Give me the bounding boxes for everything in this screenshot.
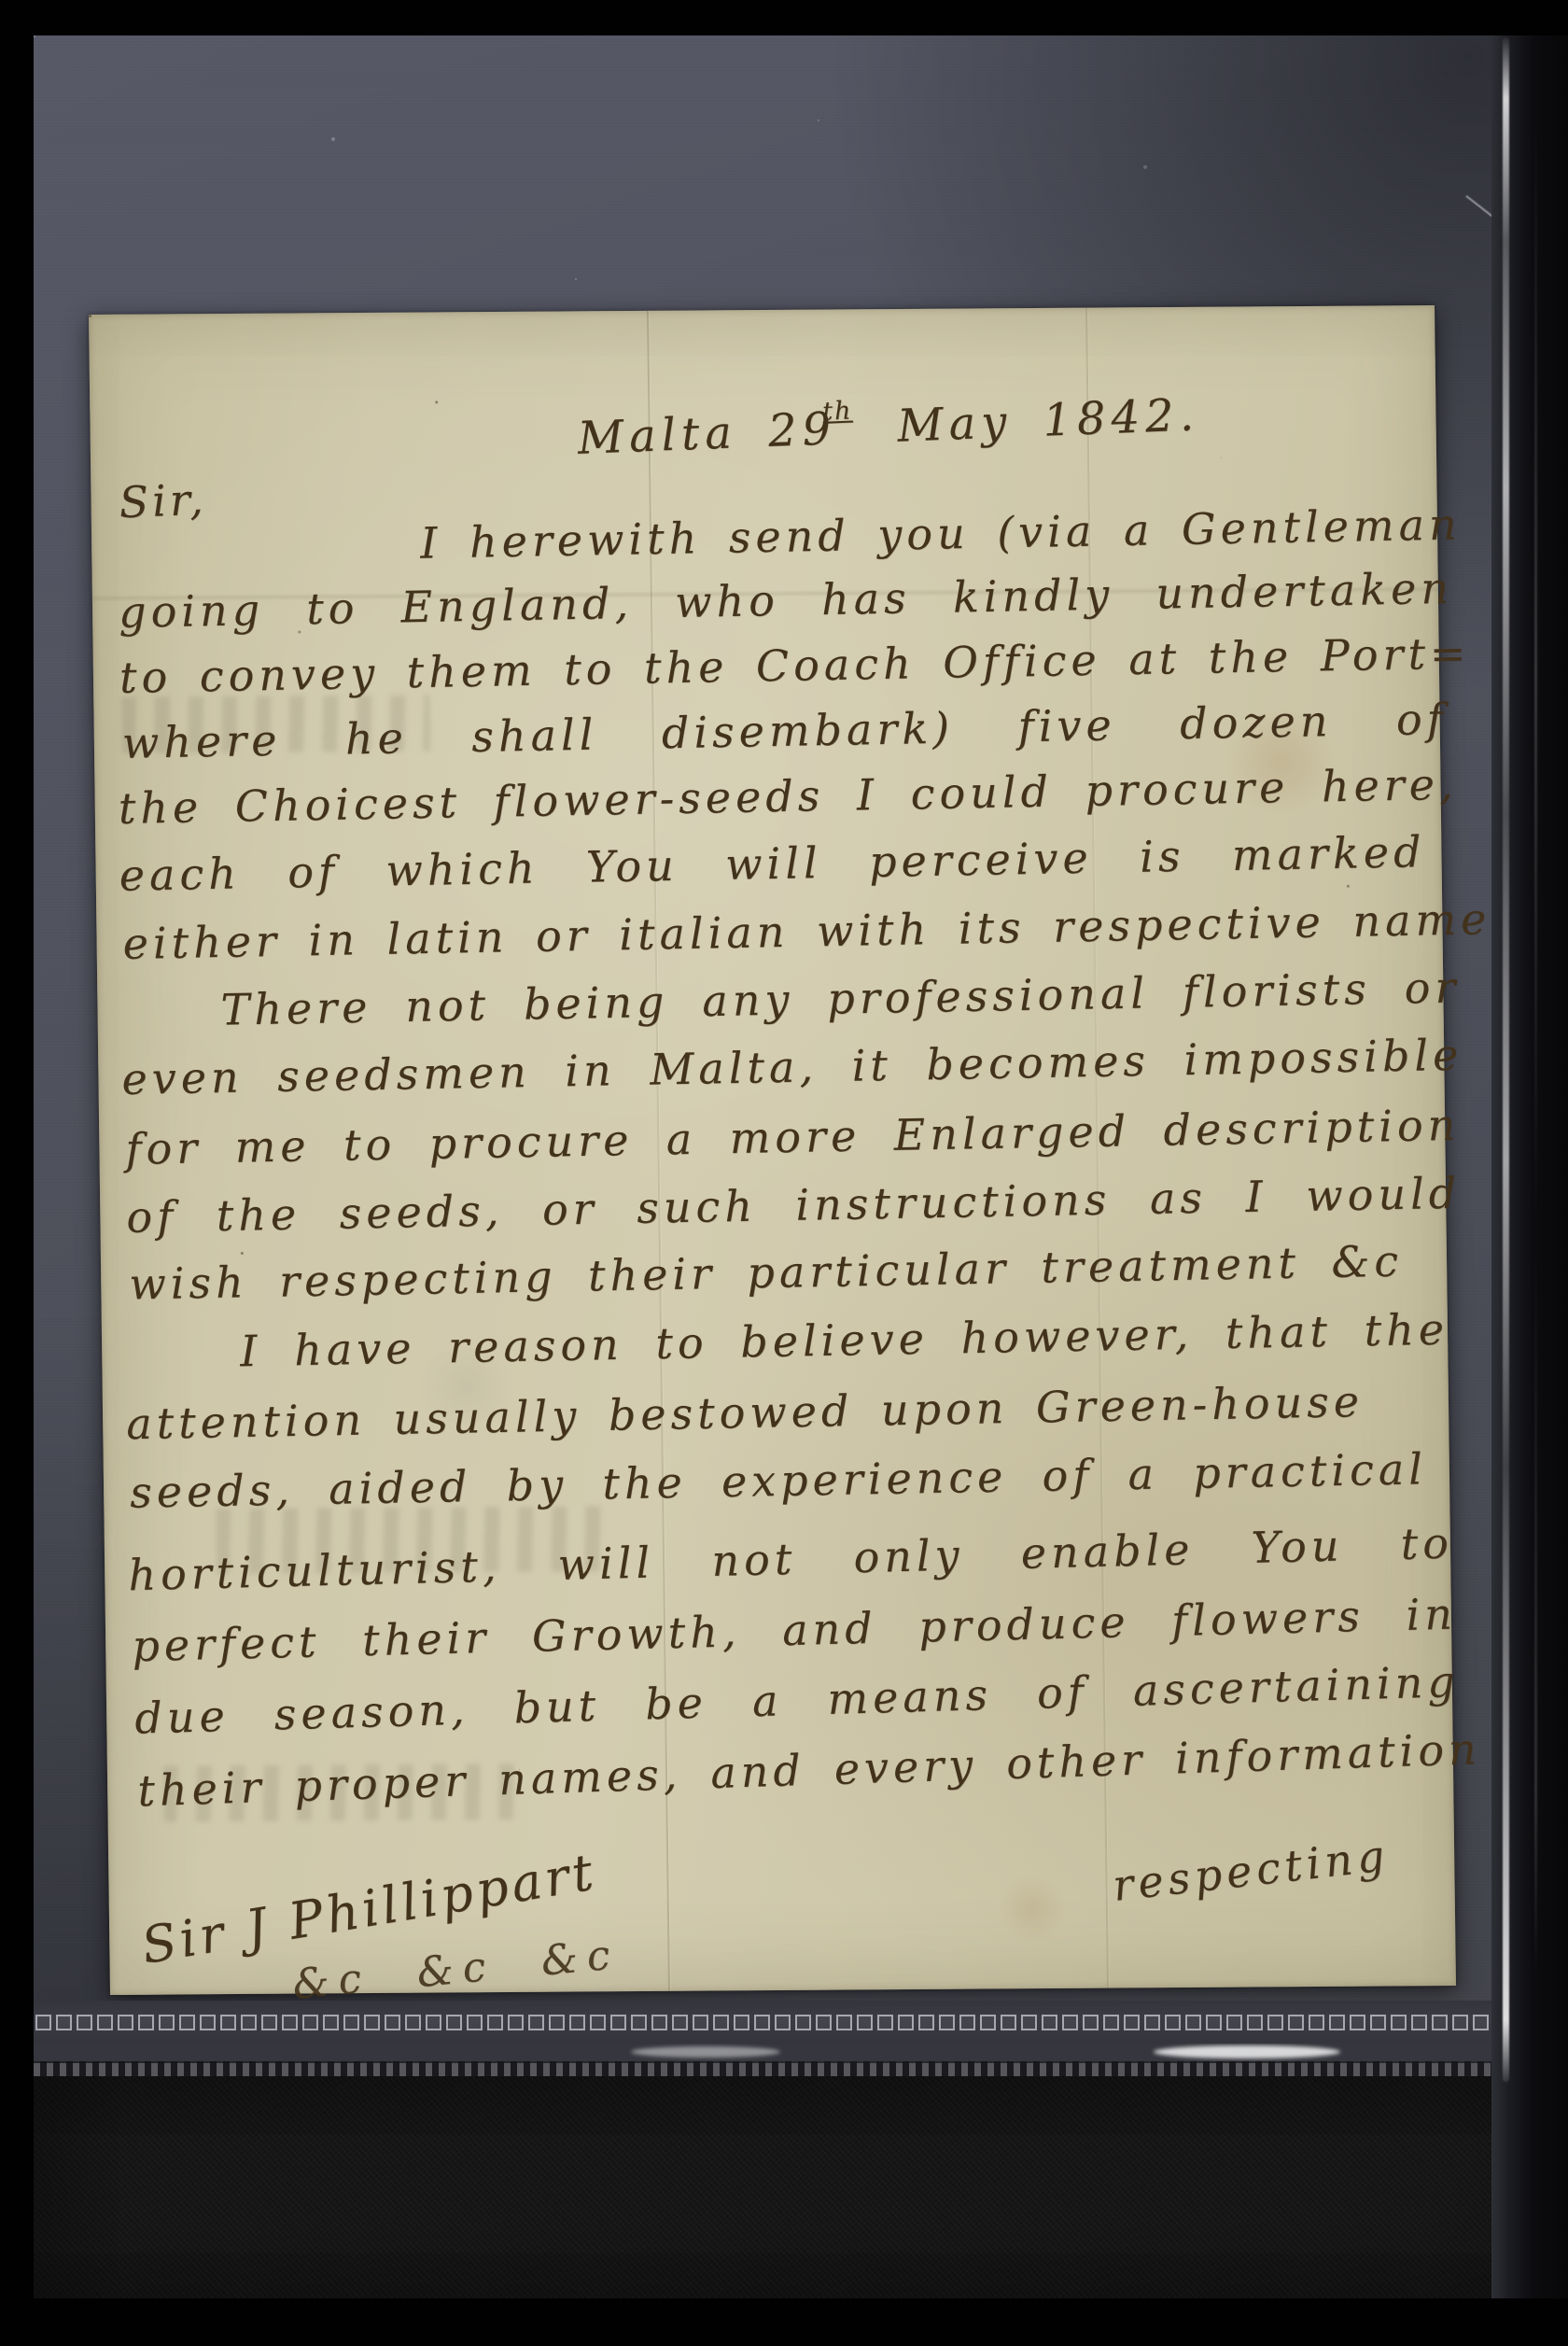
perforation-squares	[34, 2001, 1540, 2044]
paper-stain	[994, 1875, 1070, 1942]
dust-specks	[34, 35, 35, 37]
sleeve-perforation-strip	[34, 2001, 1540, 2044]
body-line: going to England, who has kindly underta…	[118, 564, 1453, 638]
body-line: their proper names, and every other info…	[136, 1724, 1481, 1816]
date-place-day: Malta 29	[577, 402, 838, 465]
body-line: even seedsmen in Malta, it becomes impos…	[121, 1031, 1463, 1104]
photo-border-bottom	[0, 2298, 1568, 2346]
sleeve-specular-highlight	[1154, 2045, 1340, 2058]
body-line: for me to procure a more Enlarged descri…	[125, 1101, 1461, 1174]
photo-of-letter: Malta 29th May 1842. Sir, I herewith sen…	[0, 0, 1568, 2346]
sleeve-bottom-margin	[34, 2044, 1540, 2061]
body-line: perfect their Growth, and produce flower…	[132, 1590, 1458, 1671]
photo-border-top	[0, 0, 1568, 35]
body-line: I herewith send you (via a Gentleman	[420, 500, 1438, 569]
body-line: to convey them to the Coach Office at th…	[119, 629, 1456, 703]
body-line: wish respecting their particular treatme…	[129, 1237, 1404, 1310]
paper-specks	[89, 315, 91, 317]
sleeve-edge-highlight	[1503, 37, 1509, 2082]
photo-border-left	[0, 0, 34, 2346]
body-line: seeds, aided by the experience of a prac…	[130, 1444, 1428, 1517]
sleeve-edge-highlight	[1534, 112, 1537, 1979]
catchword: respecting	[1110, 1832, 1391, 1909]
date-ordinal: th	[822, 397, 854, 427]
body-line: attention usually bestowed upon Green-ho…	[126, 1377, 1350, 1449]
body-line: the Choicest flower-seeds I could procur…	[118, 760, 1458, 834]
date-month-year: May 1842.	[865, 388, 1200, 454]
body-line: of the seeds, or such instructions as I …	[126, 1169, 1462, 1243]
letter-page: Malta 29th May 1842. Sir, I herewith sen…	[89, 305, 1456, 1995]
desk-fabric	[34, 2076, 1568, 2298]
salutation: Sir,	[118, 476, 207, 527]
sleeve-right-edge	[1491, 0, 1568, 2346]
date-line: Malta 29th May 1842.	[577, 390, 1200, 463]
body-line: each of which You will perceive is marke…	[119, 827, 1426, 900]
body-line: I have reason to believe however, that t…	[240, 1305, 1449, 1377]
body-line: There not being any professional florist…	[220, 962, 1461, 1034]
body-line: either in latin or italian with its resp…	[122, 895, 1460, 969]
sleeve-specular-highlight	[631, 2046, 780, 2058]
